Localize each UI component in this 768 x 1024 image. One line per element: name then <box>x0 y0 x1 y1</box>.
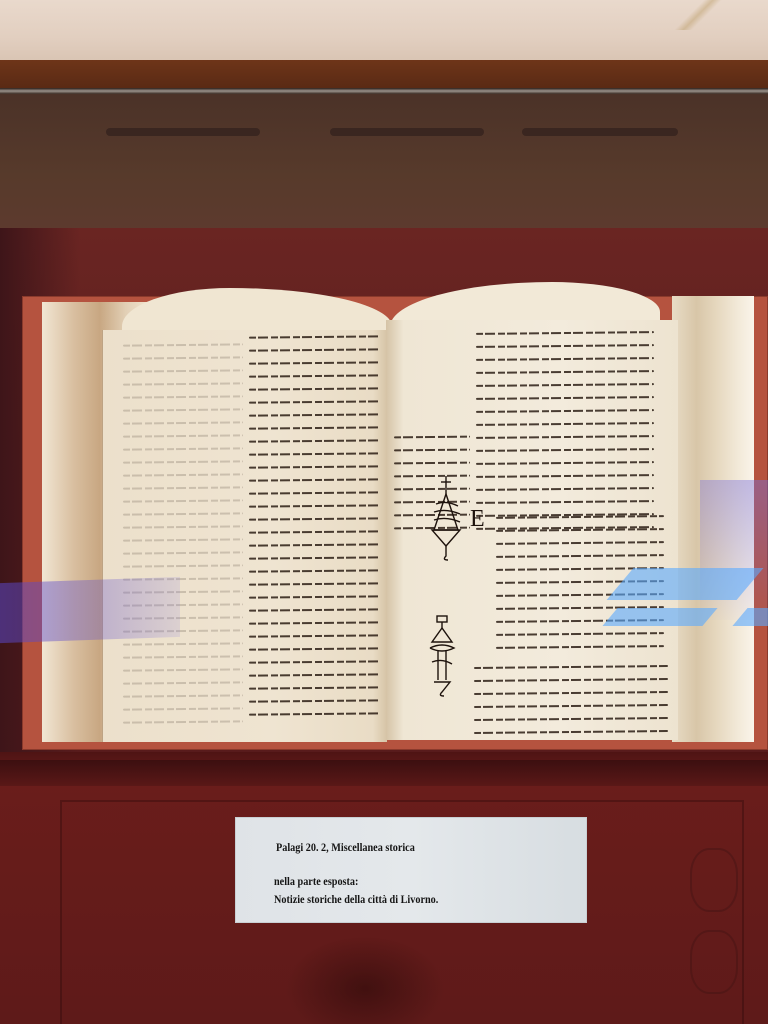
reflected-ornament <box>690 848 738 912</box>
wall-background <box>0 0 768 62</box>
label-subtitle: nella parte esposta: <box>274 874 358 889</box>
notary-signum-icon <box>426 614 466 698</box>
handwritten-text-right-top <box>476 332 654 540</box>
left-page <box>102 330 387 742</box>
case-vent-slot <box>522 128 678 136</box>
light-reflection <box>0 577 180 643</box>
faint-bleed-through-text <box>123 344 243 734</box>
blue-light-reflection <box>602 608 717 626</box>
page-fold-left <box>122 288 392 336</box>
case-vent-slot <box>106 128 260 136</box>
reflected-ornament <box>690 930 738 994</box>
initial-letter: E <box>470 506 485 533</box>
photographer-reflection <box>285 935 445 1024</box>
case-lower-rail <box>0 760 768 786</box>
manuscript-book: E <box>32 290 760 744</box>
handwritten-text-right-bottom <box>474 666 668 744</box>
notary-signum-icon <box>428 474 468 562</box>
label-description: Notizie storiche della città di Livorno. <box>274 892 438 907</box>
case-lighting-panel <box>0 94 768 230</box>
wall-crack <box>668 0 728 30</box>
handwritten-text-left <box>249 336 381 726</box>
blue-light-reflection <box>607 568 764 600</box>
case-frame-top <box>0 60 768 88</box>
exhibit-label: Palagi 20. 2, Miscellanea storica nella … <box>236 818 586 922</box>
label-title: Palagi 20. 2, Miscellanea storica <box>276 840 415 855</box>
case-vent-slot <box>330 128 484 136</box>
right-page: E <box>386 320 678 740</box>
